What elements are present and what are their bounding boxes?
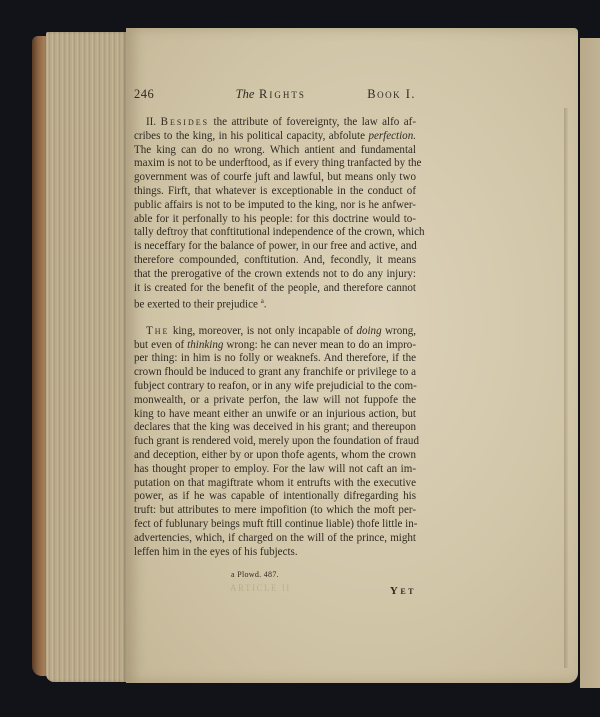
page-content: 246 The Rights Book I. II. Besides the a… xyxy=(134,87,416,597)
text-line: is neceffary for the balance of power, i… xyxy=(134,240,416,254)
italic-word: doing xyxy=(356,325,381,337)
running-head: 246 The Rights Book I. xyxy=(134,87,416,102)
facing-page-edge xyxy=(580,38,600,688)
text-line: able for it perfonally to his people: fo… xyxy=(134,213,416,227)
text-line: putation on that magiftrate whom it entr… xyxy=(134,477,416,491)
text-line: The king can do no wrong. Which antient … xyxy=(134,144,416,158)
text-line: things. Firft, that whatever is exceptio… xyxy=(134,185,416,199)
text-line: power, as if he was capable of intention… xyxy=(134,490,416,504)
text-line: per thing: in him is no folly or weaknef… xyxy=(134,352,416,366)
lead-small-caps: The xyxy=(146,325,169,337)
text-line: king to have meant either an unwife or a… xyxy=(134,408,416,422)
running-title-caps: Rights xyxy=(259,87,306,101)
paragraph-2: The king, moreover, is not only incapabl… xyxy=(134,325,416,560)
page-gutter xyxy=(564,108,568,668)
catchword: Yet xyxy=(134,585,416,597)
text-line: tally deftroy that conftitutional indepe… xyxy=(134,226,416,240)
lead-small-caps: Besides xyxy=(161,116,209,128)
footnote-mark: a xyxy=(261,297,264,305)
text-line: public affairs is not to be imputed to t… xyxy=(134,199,416,213)
running-title-italic: The xyxy=(236,87,255,101)
text-line: truft: but attributes to mere impofition… xyxy=(134,504,416,518)
text-line: The king, moreover, is not only incapabl… xyxy=(134,325,416,339)
page-number: 246 xyxy=(134,87,154,102)
text-line: has thought proper to employ. For the la… xyxy=(134,463,416,477)
text-line: and deception, either by or upon thofe a… xyxy=(134,449,416,463)
text-line: fuch grant is rendered void, merely upon… xyxy=(134,435,416,449)
text-line: government was of courfe juft and lawful… xyxy=(134,171,416,185)
paragraph-1: II. Besides the attribute of fovereignty… xyxy=(134,116,416,313)
text-line: II. Besides the attribute of fovereignty… xyxy=(134,116,416,130)
text-line: but even of thinking wrong: he can never… xyxy=(134,339,416,353)
text-line: crown fhould be induced to grant any fra… xyxy=(134,366,416,380)
text-line: that the prerogative of the crown extend… xyxy=(134,268,416,282)
text-line: cribes to the king, in his political cap… xyxy=(134,130,416,144)
text-line: leffen him in the eyes of his fubjects. xyxy=(134,546,416,560)
book-number: Book I. xyxy=(367,87,416,102)
text-line: fubject contrary to reafon, or in any wi… xyxy=(134,380,416,394)
running-title: The Rights xyxy=(236,87,306,102)
text-line: therefore compounded, conftitution. And,… xyxy=(134,254,416,268)
text-line: fect of fublunary beings muft ftill cont… xyxy=(134,518,416,532)
text-line: advertencies, which, if charged on the w… xyxy=(134,532,416,546)
page-edges xyxy=(46,32,126,682)
italic-word: thinking xyxy=(187,339,223,351)
italic-word: perfection. xyxy=(368,130,416,142)
text-line: monwealth, or a private perfon, the law … xyxy=(134,394,416,408)
text-line: maxim is not to be underftood, as if eve… xyxy=(134,157,416,171)
text-line: be exerted to their prejudice a. xyxy=(134,295,416,312)
text-line: declares that the king was deceived in h… xyxy=(134,421,416,435)
footnote: a Plowd. 487. xyxy=(134,570,416,579)
text-line: it is created for the benefit of the peo… xyxy=(134,282,416,296)
